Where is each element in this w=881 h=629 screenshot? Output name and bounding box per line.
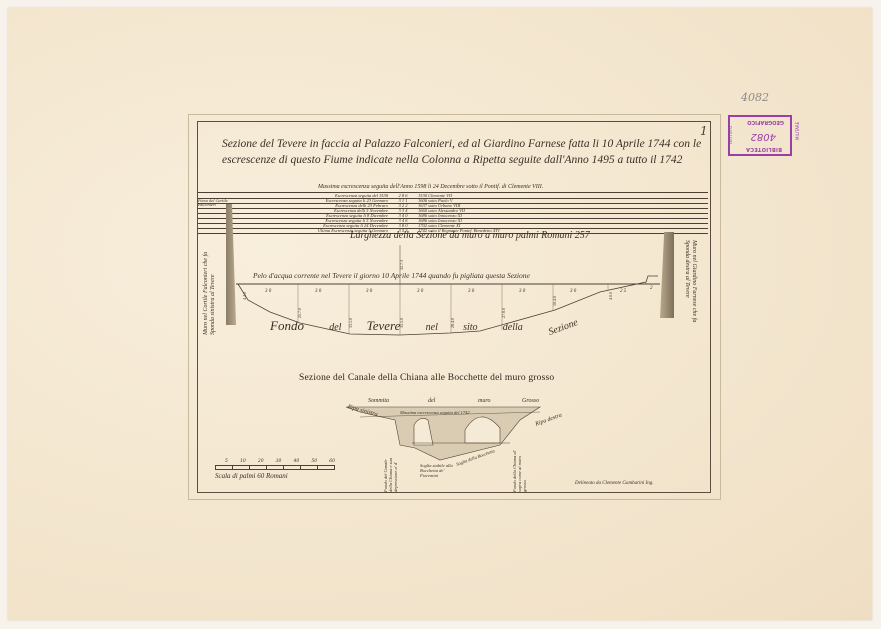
stamp-number: 4082 (751, 131, 776, 142)
left-legend: Piano del Cortile Falconieri (198, 199, 228, 207)
left-wall-label: Muro nel Cortile Falconieri che fa Spond… (203, 240, 217, 335)
canal-top-word: Grosso (522, 398, 539, 404)
right-wall-label: Muro nel Giardino Farnese che fa Sponda … (683, 240, 697, 335)
engraver-credit: Delineato da Clemente Gambarini Ing. (575, 481, 653, 486)
scale-ticks: 510 2030 4050 60 (215, 459, 335, 464)
canal-section-title: Sezione del Canale della Chiana alle Boc… (299, 373, 554, 383)
canal-top-word: del (428, 398, 435, 404)
scale-bar: 510 2030 4050 60 Scala di palmi 60 Roman… (215, 459, 335, 480)
stamp-line-1: BIBLIOTECA (746, 146, 782, 152)
max-flood-label: Massima escrescenza seguita dell'Anno 15… (318, 184, 543, 190)
river-bottom-label: Fondo del Tevere nel sito della Sezione (270, 318, 601, 334)
stamp-line-3: GEOGRAFICO (747, 119, 784, 125)
scale-bar-line (215, 465, 335, 470)
scale-label: Scala di palmi 60 Romani (215, 472, 335, 480)
stamp-side-right: ISTITUTO (728, 126, 733, 144)
water-level-label: Pelo d'acqua corrente nel Tevere il gior… (253, 271, 530, 280)
title-line-2: escrescenze di questo Fiume indicate nel… (222, 152, 701, 168)
canal-top-word: Sommita (368, 398, 389, 404)
catalog-number: 4082 (741, 91, 769, 104)
section-width-label: Larghezza della Sezione da muro a muro p… (350, 230, 590, 241)
title-line-1: Sezione del Tevere in faccia al Palazzo … (222, 136, 701, 152)
canal-note-sill: Soglia stabile alla Bocchetta de' Fioren… (420, 463, 460, 478)
canal-max-flood-label: Massima escrescenza seguita del 1742 (400, 410, 470, 415)
canal-top-word: muro (478, 398, 490, 404)
library-stamp: BIBLIOTECA 4082 GEOGRAFICO MILITARE ISTI… (728, 115, 792, 156)
engraving-title: Sezione del Tevere in faccia al Palazzo … (222, 136, 701, 168)
canal-note-left: Fondo del Canale della Chiana e sua depr… (383, 450, 398, 492)
canal-note-right: Fondo della Chiana al' sopra come al mur… (512, 450, 527, 492)
engraving-frame (197, 121, 711, 493)
stamp-side-left: MILITARE (795, 122, 800, 140)
